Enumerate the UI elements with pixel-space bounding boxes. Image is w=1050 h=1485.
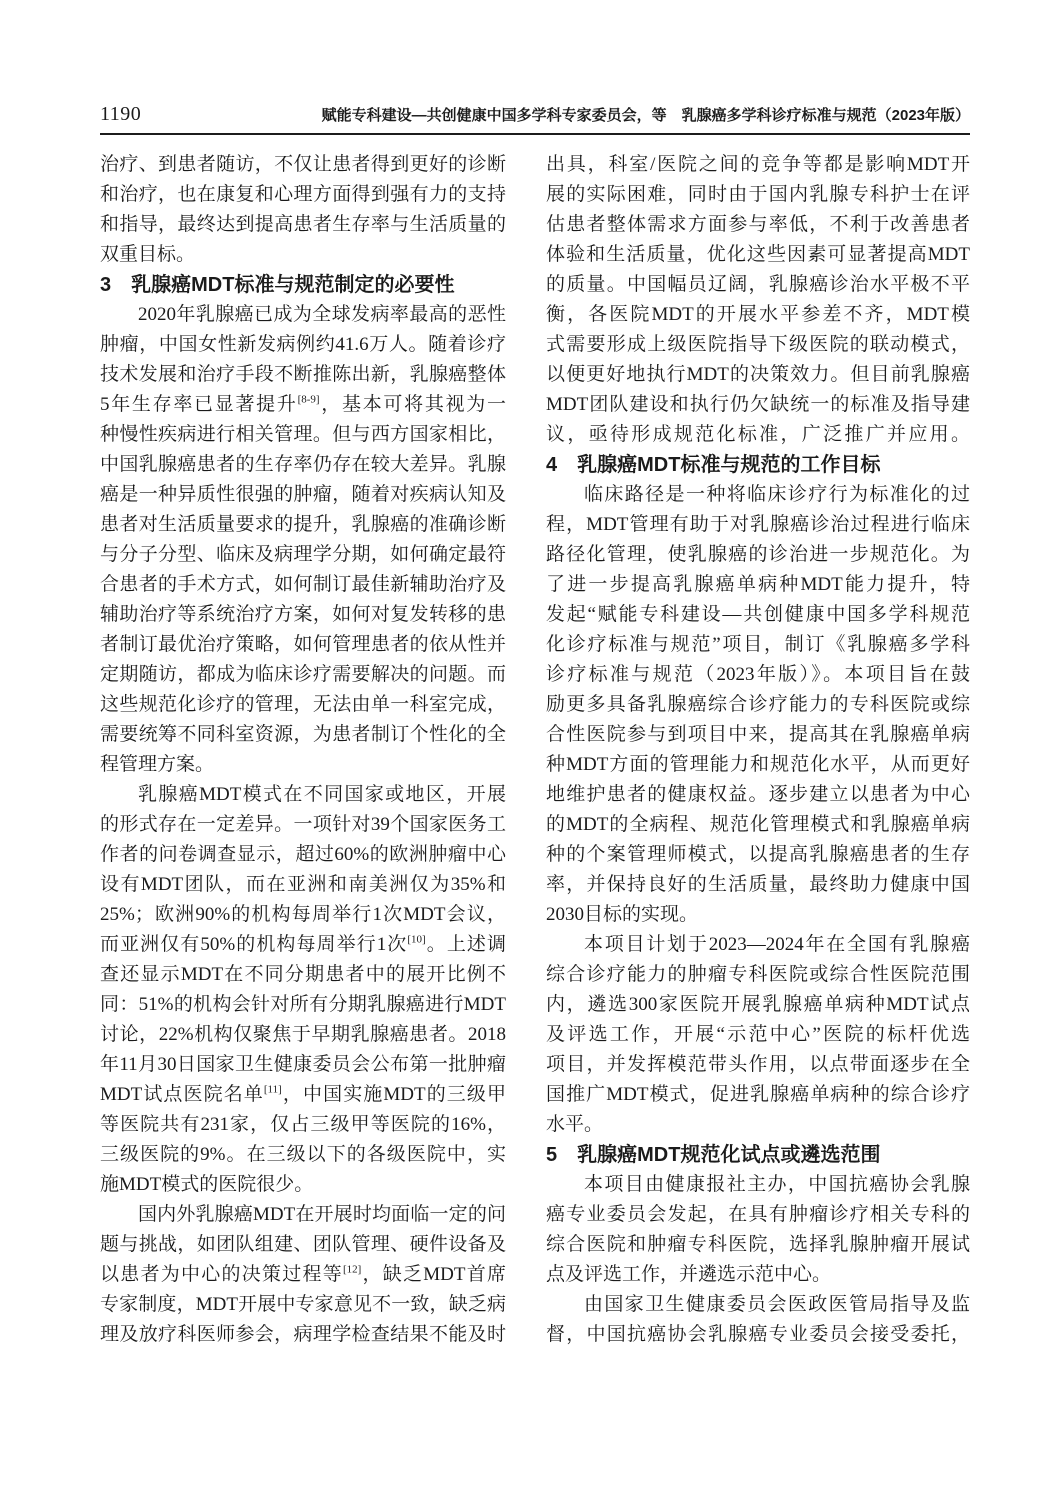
text-line: 发起“赋能专科建设—共创健康中国多学科规范 xyxy=(546,600,970,630)
text-line: 讨论，22%机构仅聚焦于早期乳腺癌患者。2018 xyxy=(100,1020,506,1050)
text-line: 综合医院和肿瘤专科医院，选择乳腺肿瘤开展试 xyxy=(546,1230,970,1260)
text-line: 肿瘤，中国女性新发病例约41.6万人。随着诊疗 xyxy=(100,330,506,360)
text-line: 内，遴选300家医院开展乳腺癌单病种MDT试点 xyxy=(546,990,970,1020)
text-line: 种的个案管理师模式，以提高乳腺癌患者的生存 xyxy=(546,840,970,870)
text-line: 理及放疗科医师参会，病理学检查结果不能及时 xyxy=(100,1320,506,1350)
text-line: 癌是一种异质性很强的肿瘤，随着对疾病认知及 xyxy=(100,480,506,510)
document-page: 1190 赋能专科建设—共创健康中国多学科专家委员会，等 乳腺癌多学科诊疗标准与… xyxy=(0,0,1050,1485)
text-line: 辅助治疗等系统治疗方案，如何对复发转移的患 xyxy=(100,600,506,630)
section-heading: 3 乳腺癌MDT标准与规范制定的必要性 xyxy=(100,270,506,300)
text-line: 患者对生活质量要求的提升，乳腺癌的准确诊断 xyxy=(100,510,506,540)
text-line: 2020年乳腺癌已成为全球发病率最高的恶性 xyxy=(100,300,506,330)
text-line: 衡，各医院MDT的开展水平参差不齐，MDT模 xyxy=(546,300,970,330)
citation-ref: [10] xyxy=(407,934,425,946)
text-line: 年11月30日国家卫生健康委员会公布第一批肿瘤 xyxy=(100,1050,506,1080)
text-line: 临床路径是一种将临床诊疗行为标准化的过 xyxy=(546,480,970,510)
text-line: 者制订最优治疗策略，如何管理患者的依从性并 xyxy=(100,630,506,660)
text-line: 种慢性疾病进行相关管理。但与西方国家相比， xyxy=(100,420,506,450)
text-line: 双重目标。 xyxy=(100,240,506,270)
text-line: MDT试点医院名单[11]，中国实施MDT的三级甲 xyxy=(100,1080,506,1110)
running-title: 赋能专科建设—共创健康中国多学科专家委员会，等 乳腺癌多学科诊疗标准与规范（20… xyxy=(322,104,970,125)
text-line: 程，MDT管理有助于对乳腺癌诊治过程进行临床 xyxy=(546,510,970,540)
left-column: 治疗、到患者随访，不仅让患者得到更好的诊断和治疗，也在康复和心理方面得到强有力的… xyxy=(100,150,506,1350)
text-line: 综合诊疗能力的肿瘤专科医院或综合性医院范围 xyxy=(546,960,970,990)
text-line: MDT团队建设和执行仍欠缺统一的标准及指导建 xyxy=(546,390,970,420)
right-column: 出具，科室/医院之间的竞争等都是影响MDT开展的实际困难，同时由于国内乳腺专科护… xyxy=(546,150,970,1350)
text-line: 技术发展和治疗手段不断推陈出新，乳腺癌整体 xyxy=(100,360,506,390)
text-line: 诊疗标准与规范（2023年版）》。本项目旨在鼓 xyxy=(546,660,970,690)
text-line: 由国家卫生健康委员会医政医管局指导及监 xyxy=(546,1290,970,1320)
citation-ref: [8-9] xyxy=(298,394,320,406)
text-line: 的MDT的全病程、规范化管理模式和乳腺癌单病 xyxy=(546,810,970,840)
text-line: 的质量。中国幅员辽阔，乳腺癌诊治水平极不平 xyxy=(546,270,970,300)
text-line: 和指导，最终达到提高患者生存率与生活质量的 xyxy=(100,210,506,240)
text-line: 这些规范化诊疗的管理，无法由单一科室完成， xyxy=(100,690,506,720)
text-line: 癌专业委员会发起，在具有肿瘤诊疗相关专科的 xyxy=(546,1200,970,1230)
text-line: 水平。 xyxy=(546,1110,970,1140)
text-line: 种MDT方面的管理能力和规范化水平，从而更好 xyxy=(546,750,970,780)
text-line: 25%；欧洲90%的机构每周举行1次MDT会议， xyxy=(100,900,506,930)
text-line: 项目，并发挥模范带头作用，以点带面逐步在全 xyxy=(546,1050,970,1080)
text-line: 的形式存在一定差异。一项针对39个国家医务工 xyxy=(100,810,506,840)
text-line: 同：51%的机构会针对所有分期乳腺癌进行MDT xyxy=(100,990,506,1020)
text-line: 国内外乳腺癌MDT在开展时均面临一定的问 xyxy=(100,1200,506,1230)
text-line: 2030目标的实现。 xyxy=(546,900,970,930)
text-line: 三级医院的9%。在三级以下的各级医院中，实 xyxy=(100,1140,506,1170)
text-line: 合性医院参与到项目中来，提高其在乳腺癌单病 xyxy=(546,720,970,750)
text-line: 督，中国抗癌协会乳腺癌专业委员会接受委托， xyxy=(546,1320,970,1350)
text-line: 化诊疗标准与规范”项目，制订《乳腺癌多学科 xyxy=(546,630,970,660)
text-line: 而亚洲仅有50%的机构每周举行1次[10]。上述调 xyxy=(100,930,506,960)
text-line: 设有MDT团队，而在亚洲和南美洲仅为35%和 xyxy=(100,870,506,900)
text-line: 本项目由健康报社主办，中国抗癌协会乳腺 xyxy=(546,1170,970,1200)
text-line: 等医院共有231家，仅占三级甲等医院的16%， xyxy=(100,1110,506,1140)
page-number: 1190 xyxy=(100,103,141,126)
text-line: 点及评选工作，并遴选示范中心。 xyxy=(546,1260,970,1290)
text-line: 作者的问卷调查显示，超过60%的欧洲肿瘤中心 xyxy=(100,840,506,870)
text-line: 查还显示MDT在不同分期患者中的展开比例不 xyxy=(100,960,506,990)
text-line: 题与挑战，如团队组建、团队管理、硬件设备及 xyxy=(100,1230,506,1260)
text-line: 体验和生活质量，优化这些因素可显著提高MDT xyxy=(546,240,970,270)
page-header: 1190 赋能专科建设—共创健康中国多学科专家委员会，等 乳腺癌多学科诊疗标准与… xyxy=(100,103,970,135)
text-line: 5年生存率已显著提升[8-9]，基本可将其视为一 xyxy=(100,390,506,420)
text-line: 出具，科室/医院之间的竞争等都是影响MDT开 xyxy=(546,150,970,180)
section-heading: 4 乳腺癌MDT标准与规范的工作目标 xyxy=(546,450,970,480)
text-line: 专家制度，MDT开展中专家意见不一致，缺乏病 xyxy=(100,1290,506,1320)
text-line: 治疗、到患者随访，不仅让患者得到更好的诊断 xyxy=(100,150,506,180)
text-line: 国推广MDT模式，促进乳腺癌单病种的综合诊疗 xyxy=(546,1080,970,1110)
text-line: 定期随访，都成为临床诊疗需要解决的问题。而 xyxy=(100,660,506,690)
text-line: 及评选工作，开展“示范中心”医院的标杆优选 xyxy=(546,1020,970,1050)
text-line: 程管理方案。 xyxy=(100,750,506,780)
text-line: 施MDT模式的医院很少。 xyxy=(100,1170,506,1200)
text-line: 议，亟待形成规范化标准，广泛推广并应用。 xyxy=(546,420,970,450)
section-heading: 5 乳腺癌MDT规范化试点或遴选范围 xyxy=(546,1140,970,1170)
text-line: 了进一步提高乳腺癌单病种MDT能力提升，特 xyxy=(546,570,970,600)
text-line: 需要统筹不同科室资源，为患者制订个性化的全 xyxy=(100,720,506,750)
text-line: 与分子分型、临床及病理学分期，如何确定最符 xyxy=(100,540,506,570)
text-line: 展的实际困难，同时由于国内乳腺专科护士在评 xyxy=(546,180,970,210)
text-line: 和治疗，也在康复和心理方面得到强有力的支持 xyxy=(100,180,506,210)
citation-ref: [11] xyxy=(264,1084,282,1096)
text-line: 地维护患者的健康权益。逐步建立以患者为中心 xyxy=(546,780,970,810)
text-line: 路径化管理，使乳腺癌的诊治进一步规范化。为 xyxy=(546,540,970,570)
text-line: 本项目计划于2023—2024年在全国有乳腺癌 xyxy=(546,930,970,960)
two-column-body: 治疗、到患者随访，不仅让患者得到更好的诊断和治疗，也在康复和心理方面得到强有力的… xyxy=(100,150,970,1350)
text-line: 以患者为中心的决策过程等[12]，缺乏MDT首席 xyxy=(100,1260,506,1290)
text-line: 励更多具备乳腺癌综合诊疗能力的专科医院或综 xyxy=(546,690,970,720)
text-line: 式需要形成上级医院指导下级医院的联动模式， xyxy=(546,330,970,360)
text-line: 估患者整体需求方面参与率低，不利于改善患者 xyxy=(546,210,970,240)
text-line: 合患者的手术方式，如何制订最佳新辅助治疗及 xyxy=(100,570,506,600)
text-line: 以便更好地执行MDT的决策效力。但目前乳腺癌 xyxy=(546,360,970,390)
text-line: 中国乳腺癌患者的生存率仍存在较大差异。乳腺 xyxy=(100,450,506,480)
text-line: 率，并保持良好的生活质量，最终助力健康中国 xyxy=(546,870,970,900)
citation-ref: [12] xyxy=(343,1264,361,1276)
text-line: 乳腺癌MDT模式在不同国家或地区，开展 xyxy=(100,780,506,810)
